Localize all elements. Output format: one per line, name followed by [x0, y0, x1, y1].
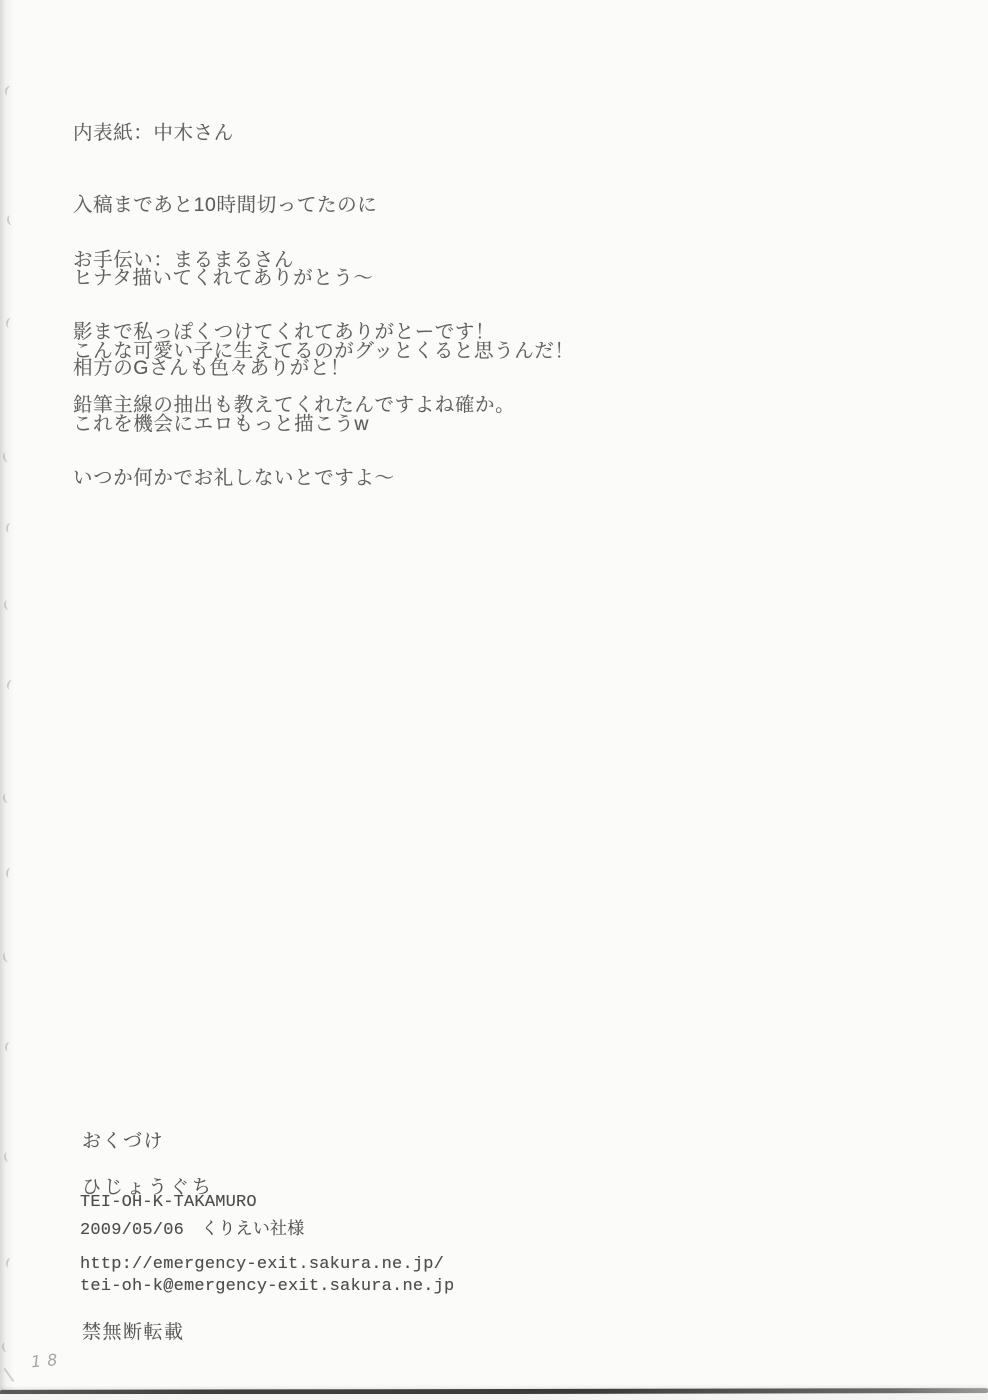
credits-note-partner: 相方のGさんも色々ありがと！ [73, 307, 350, 428]
scan-gutter [0, 0, 14, 1400]
scanned-page: 内表紙：中木さん 入稿まであと10時間切ってたのに ヒナタ描いてくれてありがとう… [0, 0, 988, 1400]
scanner-background [0, 1394, 988, 1400]
binding-mark [6, 214, 16, 225]
text-line: いつか何かでお礼しないとですよ～ [73, 466, 515, 490]
text-line: 内表紙：中木さん [73, 121, 575, 145]
website-url: http://emergency-exit.sakura.ne.jp/ [80, 1255, 444, 1274]
colophon-heading: おくづけ [82, 1126, 164, 1153]
text-line: 相方のGさんも色々ありがと！ [73, 356, 350, 380]
reprint-prohibition-notice: 禁無断転載 [82, 1317, 185, 1344]
binding-mark [6, 679, 16, 691]
text-line: お手伝い：まるまるさん [73, 248, 515, 272]
author-name: TEI-OH-K-TAKAMURO [80, 1193, 257, 1212]
page-number: 18 [30, 1350, 64, 1372]
email-address: tei-oh-k@emergency-exit.sakura.ne.jp [80, 1277, 454, 1296]
date-and-publisher: 2009/05/06 くりえい社様 [80, 1214, 304, 1240]
